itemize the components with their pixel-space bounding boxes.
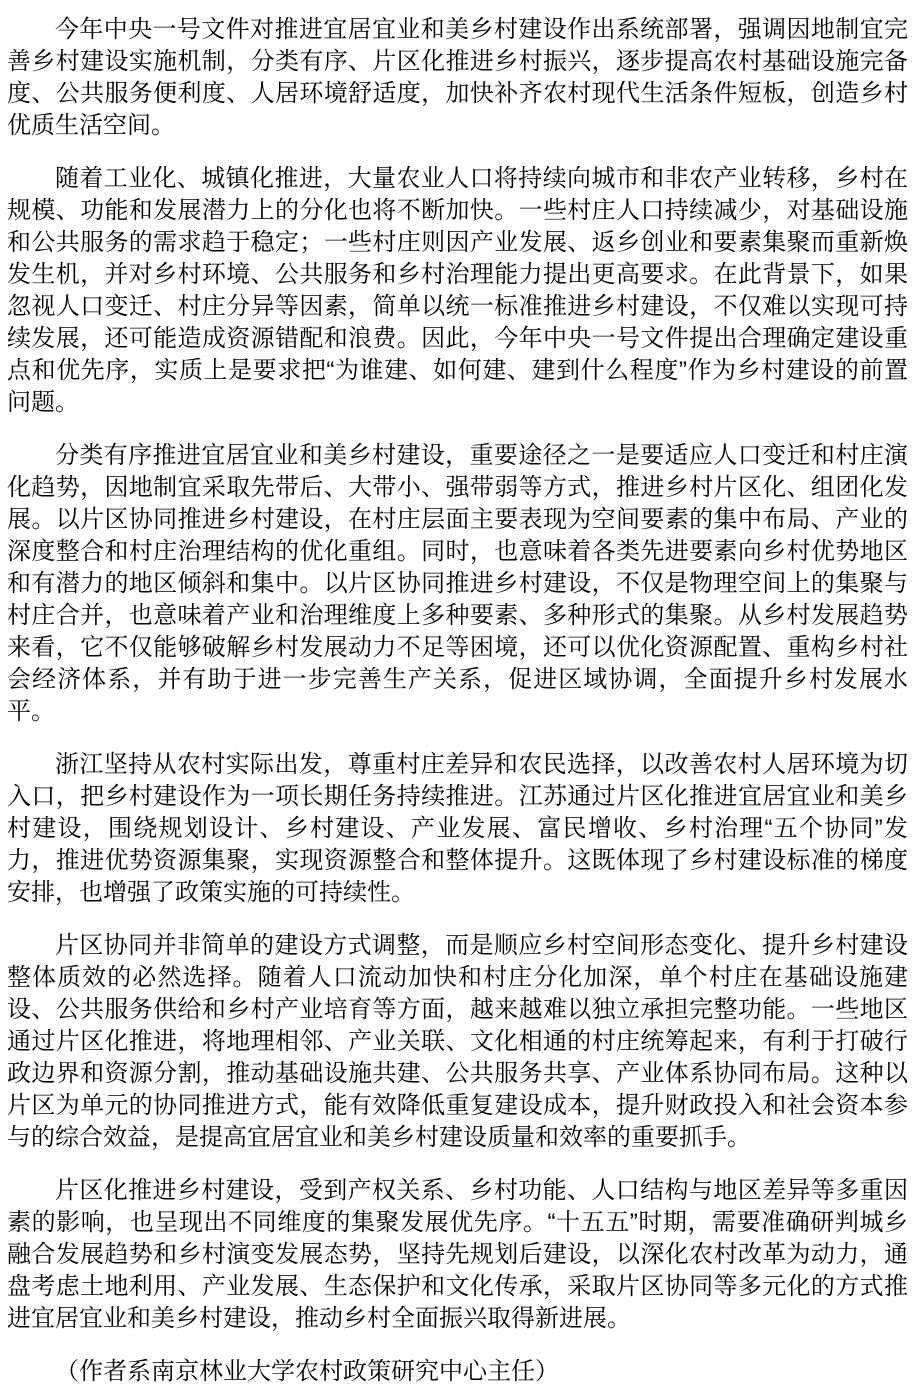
article-paragraph-2: 随着工业化、城镇化推进，大量农业人口将持续向城市和非农产业转移，乡村在规模、功能… [7, 163, 908, 419]
author-note: （作者系南京林业大学农村政策研究中心主任） [7, 1356, 908, 1388]
article-page: 今年中央一号文件对推进宜居宜业和美乡村建设作出系统部署，强调因地制宜完善乡村建设… [0, 0, 916, 1398]
article-paragraph-4: 浙江坚持从农村实际出发，尊重村庄差异和农民选择，以改善农村人居环境为切入口，把乡… [7, 749, 908, 909]
article-paragraph-1: 今年中央一号文件对推进宜居宜业和美乡村建设作出系统部署，强调因地制宜完善乡村建设… [7, 14, 908, 142]
article-paragraph-6: 片区化推进乡村建设，受到产权关系、乡村功能、人口结构与地区差异等多重因素的影响，… [7, 1175, 908, 1335]
article-paragraph-3: 分类有序推进宜居宜业和美乡村建设，重要途径之一是要适应人口变迁和村庄演化趋势，因… [7, 440, 908, 728]
article-paragraph-5: 片区协同并非简单的建设方式调整，而是顺应乡村空间形态变化、提升乡村建设整体质效的… [7, 930, 908, 1154]
